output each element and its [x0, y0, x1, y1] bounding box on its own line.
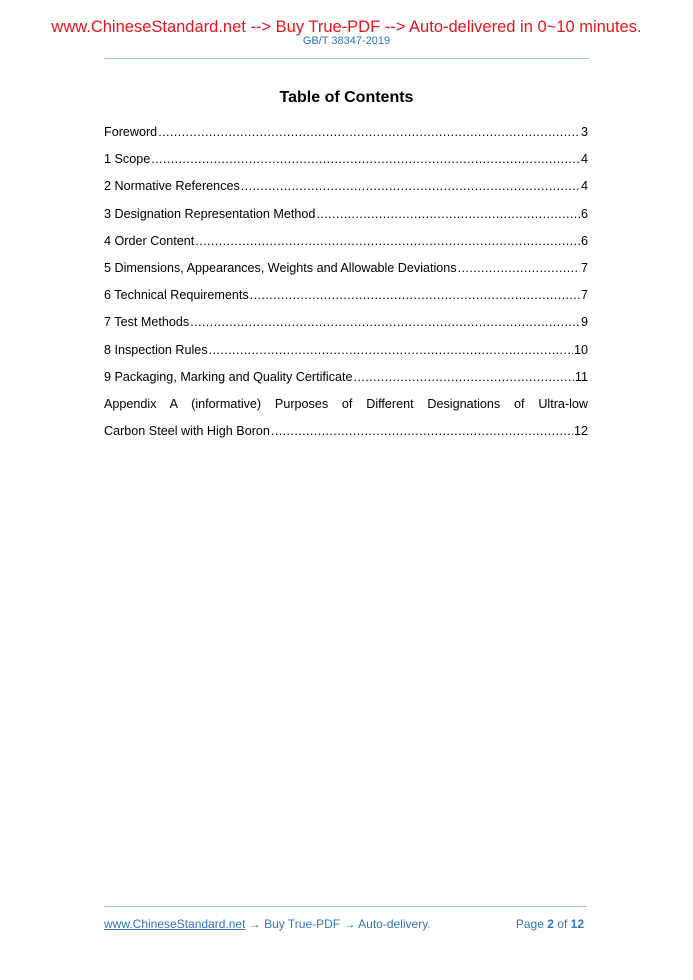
- dot-leader: [271, 418, 573, 445]
- dot-leader: [209, 337, 573, 364]
- toc-entry-label: 7 Test Methods: [104, 309, 189, 336]
- toc-entry-inspection-rules[interactable]: 8 Inspection Rules 10: [104, 337, 588, 364]
- toc-entry-normative-references[interactable]: 2 Normative References 4: [104, 173, 588, 200]
- toc-title: Table of Contents: [0, 88, 693, 108]
- toc-entry-page: 7: [581, 255, 588, 282]
- toc-entry-page: 6: [581, 228, 588, 255]
- toc-entry-label: 5 Dimensions, Appearances, Weights and A…: [104, 255, 457, 282]
- footer-promo: www.ChineseStandard.net → Buy True-PDF →…: [104, 916, 431, 932]
- toc-entry-page: 10: [574, 337, 588, 364]
- toc-entry-page: 4: [581, 146, 588, 173]
- toc-entry-label: 9 Packaging, Marking and Quality Certifi…: [104, 364, 353, 391]
- toc-entry-dimensions[interactable]: 5 Dimensions, Appearances, Weights and A…: [104, 255, 588, 282]
- header-divider: [104, 58, 589, 59]
- dot-leader: [241, 173, 580, 200]
- toc-entry-foreword[interactable]: Foreword 3: [104, 119, 588, 146]
- dot-leader: [151, 146, 580, 173]
- toc-entry-order-content[interactable]: 4 Order Content 6: [104, 228, 588, 255]
- toc-entry-label: Carbon Steel with High Boron: [104, 418, 270, 445]
- dot-leader: [458, 255, 580, 282]
- toc-entry-technical-requirements[interactable]: 6 Technical Requirements 7: [104, 282, 588, 309]
- dot-leader: [354, 364, 574, 391]
- dot-leader: [316, 201, 580, 228]
- toc-entry-appendix-a[interactable]: Carbon Steel with High Boron 12: [104, 418, 588, 445]
- toc-entry-page: 4: [581, 173, 588, 200]
- toc-entry-label: 4 Order Content: [104, 228, 194, 255]
- arrow-right-icon: →: [249, 917, 261, 931]
- dot-leader: [250, 282, 580, 309]
- toc-entry-test-methods[interactable]: 7 Test Methods 9: [104, 309, 588, 336]
- toc-entry-label: 3 Designation Representation Method: [104, 201, 315, 228]
- footer-buy-text: Buy True-PDF: [264, 917, 340, 931]
- footer-divider: [104, 906, 587, 907]
- toc-entry-page: 3: [581, 119, 588, 146]
- arrow-right-icon: →: [343, 917, 355, 931]
- footer-site-link[interactable]: www.ChineseStandard.net: [104, 917, 245, 931]
- total-pages-number: 12: [571, 917, 584, 931]
- dot-leader: [190, 309, 580, 336]
- toc-entry-page: 7: [581, 282, 588, 309]
- toc-entry-label: 8 Inspection Rules: [104, 337, 208, 364]
- toc-entry-page: 11: [575, 364, 588, 391]
- promo-banner[interactable]: www.ChineseStandard.net --> Buy True-PDF…: [0, 17, 693, 37]
- toc-entry-designation-method[interactable]: 3 Designation Representation Method 6: [104, 201, 588, 228]
- page-word: Page: [516, 917, 544, 931]
- page-indicator: Page 2 of 12: [516, 916, 584, 932]
- footer-delivery-text: Auto-delivery.: [358, 917, 430, 931]
- toc-entry-appendix-a-line1[interactable]: Appendix A (informative) Purposes of Dif…: [104, 391, 588, 418]
- dot-leader: [158, 119, 580, 146]
- toc-entry-page: 9: [581, 309, 588, 336]
- toc-entry-label: Foreword: [104, 119, 157, 146]
- toc-entry-label: 1 Scope: [104, 146, 150, 173]
- standard-code-header: GB/T 38347-2019: [0, 35, 693, 48]
- toc-entry-label: 2 Normative References: [104, 173, 240, 200]
- dot-leader: [195, 228, 580, 255]
- current-page-number: 2: [547, 917, 554, 931]
- table-of-contents: Foreword 3 1 Scope 4 2 Normative Referen…: [104, 119, 588, 445]
- toc-entry-page: 6: [581, 201, 588, 228]
- of-word: of: [557, 917, 567, 931]
- toc-entry-packaging[interactable]: 9 Packaging, Marking and Quality Certifi…: [104, 364, 588, 391]
- toc-entry-page: 12: [574, 418, 588, 445]
- toc-entry-scope[interactable]: 1 Scope 4: [104, 146, 588, 173]
- toc-entry-label: 6 Technical Requirements: [104, 282, 249, 309]
